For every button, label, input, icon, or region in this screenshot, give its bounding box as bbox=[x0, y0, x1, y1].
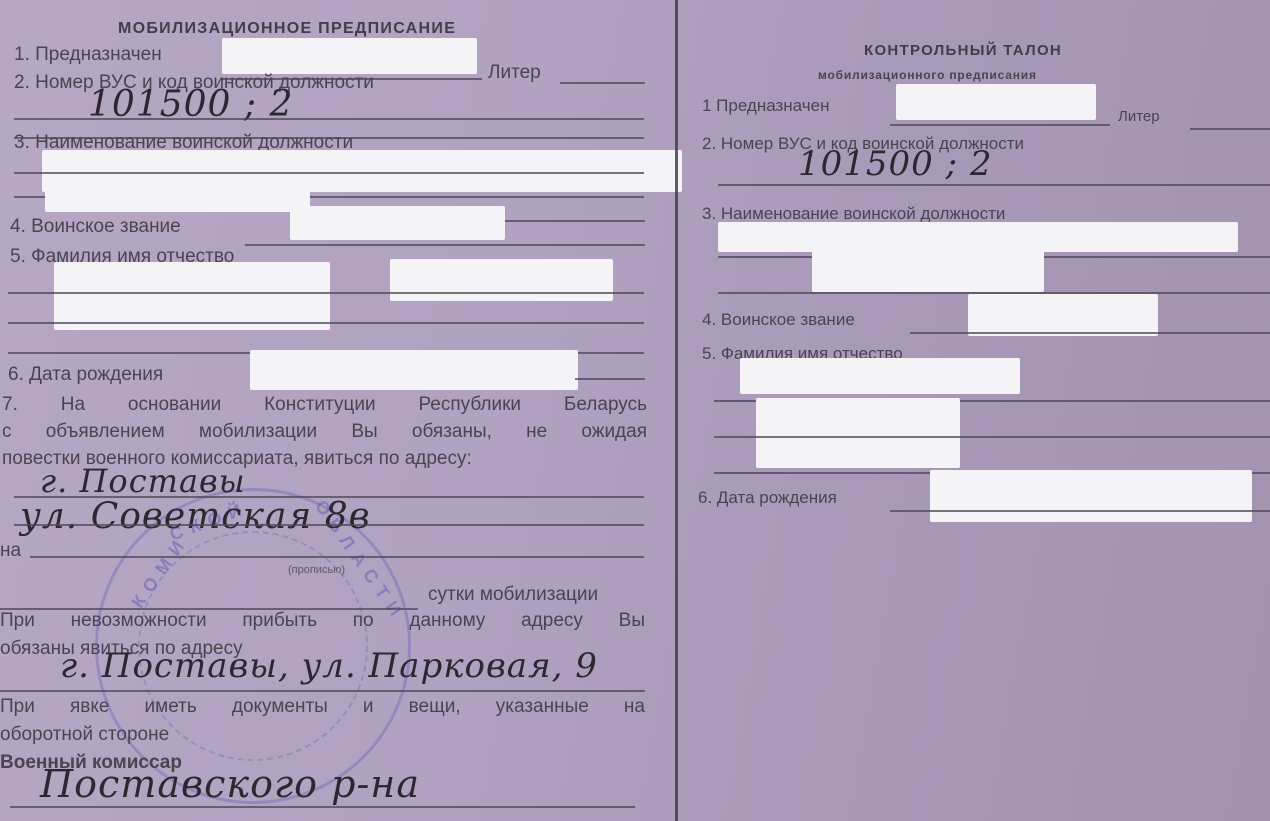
tear-line-divider bbox=[675, 0, 678, 821]
field-7-line-2: с объявлением мобилизации Вы обязаны, не… bbox=[2, 421, 647, 443]
redaction-block bbox=[42, 150, 682, 192]
mobilization-order-panel: МОБИЛИЗАЦИОННОЕ ПРЕДПИСАНИЕ 1. Предназна… bbox=[0, 0, 660, 821]
propisyu-label: (прописью) bbox=[288, 564, 345, 576]
field-line bbox=[505, 220, 645, 222]
redaction-block bbox=[250, 350, 578, 390]
coupon-field-3-label: 3. Наименование воинской должности bbox=[702, 204, 1005, 224]
field-line bbox=[910, 332, 1270, 334]
field-6-label: 6. Дата рождения bbox=[8, 364, 163, 386]
redaction-block bbox=[718, 222, 1238, 252]
field-7-line-1: 7. На основании Конституции Республики Б… bbox=[2, 394, 647, 416]
field-line bbox=[714, 436, 1270, 438]
field-line bbox=[14, 524, 644, 526]
redaction-block bbox=[390, 259, 613, 301]
address-line-1: г. Поставы bbox=[40, 462, 246, 500]
alt-address-value: г. Поставы, ул. Парковая, 9 bbox=[60, 646, 598, 686]
redaction-block bbox=[54, 262, 330, 330]
field-line bbox=[10, 806, 635, 808]
redaction-block bbox=[740, 358, 1020, 394]
coupon-subtitle: мобилизационного предписания bbox=[818, 68, 1037, 82]
redaction-block bbox=[896, 84, 1096, 120]
field-4-label: 4. Воинское звание bbox=[10, 216, 181, 238]
field-line bbox=[14, 172, 644, 174]
redaction-block bbox=[812, 250, 1044, 292]
sutki-label: сутки мобилизации bbox=[428, 584, 598, 606]
order-title: МОБИЛИЗАЦИОННОЕ ПРЕДПИСАНИЕ bbox=[118, 20, 456, 38]
redaction-block bbox=[290, 206, 505, 240]
field-line bbox=[245, 244, 645, 246]
field-line bbox=[718, 184, 1270, 186]
redaction-block bbox=[222, 38, 477, 74]
control-coupon-panel: КОНТРОЛЬНЫЙ ТАЛОН мобилизационного предп… bbox=[690, 0, 1270, 821]
coupon-field-4-label: 4. Воинское звание bbox=[702, 310, 855, 330]
field-line bbox=[575, 378, 645, 380]
redaction-block bbox=[45, 190, 310, 212]
field-line bbox=[8, 322, 644, 324]
field-line bbox=[30, 556, 644, 558]
liter-label: Литер bbox=[488, 62, 541, 84]
field-line bbox=[14, 118, 644, 120]
documents-line-1: При явке иметь документы и вещи, указанн… bbox=[0, 696, 645, 718]
coupon-field-2-value: 101500 ; 2 bbox=[798, 144, 993, 184]
field-line bbox=[560, 82, 645, 84]
field-line bbox=[890, 510, 1270, 512]
commissar-value: Поставского р-на bbox=[40, 762, 420, 806]
field-line bbox=[8, 292, 644, 294]
coupon-field-1-label: 1 Предназначен bbox=[702, 96, 829, 116]
address-line-2: ул. Советская 8в bbox=[20, 496, 371, 537]
coupon-title: КОНТРОЛЬНЫЙ ТАЛОН bbox=[864, 42, 1062, 59]
coupon-field-6-label: 6. Дата рождения bbox=[698, 488, 837, 508]
stamp-text: КОМИ bbox=[128, 531, 194, 613]
redaction-block bbox=[756, 398, 960, 468]
alt-address-line-1: При невозможности прибыть по данному адр… bbox=[0, 610, 645, 632]
field-line bbox=[1190, 128, 1270, 130]
redaction-block bbox=[930, 470, 1252, 522]
field-line bbox=[0, 690, 645, 692]
redaction-block bbox=[968, 294, 1158, 336]
coupon-liter-label: Литер bbox=[1118, 108, 1160, 125]
field-1-label: 1. Предназначен bbox=[14, 44, 162, 66]
documents-line-2: оборотной стороне bbox=[0, 724, 169, 746]
field-line bbox=[890, 124, 1110, 126]
na-label: на bbox=[0, 540, 21, 562]
